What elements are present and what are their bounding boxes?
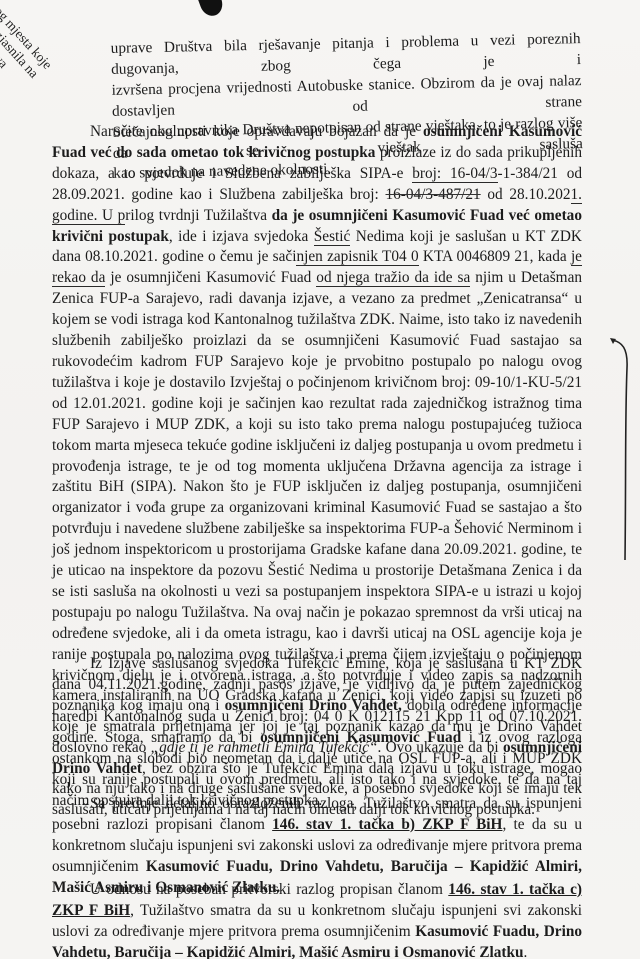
paragraph-article-146c: U odnosu na poseban pritvorski razlog pr… — [52, 880, 582, 959]
text: . Ovo ukazuje da bi — [378, 739, 503, 756]
handwritten-arrow-icon — [610, 338, 634, 563]
handwritten-underline: njen zapisnik T04 0 — [296, 248, 418, 266]
rotated-page-fragment: nog mjesta koje i se izjasnila na iznese… — [0, 0, 55, 116]
scanned-document-page: nog mjesta koje i se izjasnila na iznese… — [0, 0, 640, 959]
text: . — [524, 944, 528, 959]
text: od 28.10.202 — [481, 186, 571, 203]
handwritten-underline: Šestić — [314, 228, 351, 246]
law-reference: 146. stav 1. tačka b) ZKP F BiH — [272, 816, 502, 833]
ink-blot — [196, 0, 226, 19]
handwritten-strike: 16-04/3-487/21 — [385, 186, 480, 203]
handwritten-underline: od njega tražio da ide sa — [316, 269, 470, 287]
text: rilog tvrdnji Tužilaštva — [125, 207, 271, 224]
text: U odnosu na poseban pritvorski razlog pr… — [90, 881, 448, 898]
text: Naročite okolnosti koje opravdavaju boja… — [90, 123, 423, 140]
handwritten-underline: broj: 16-04/3 — [412, 165, 497, 183]
text: , ide i izjava svjedoka — [169, 228, 314, 245]
text: je osumnjičeni Kasumović Fuad — [105, 269, 316, 286]
quoted-text: „gdje ti je rahmetli Emina Tufekčić“ — [151, 739, 378, 756]
text: KTA 0046809 21, kada — [419, 248, 571, 265]
bold-text: osumnjičeni Drino Vahdet, — [225, 697, 402, 714]
